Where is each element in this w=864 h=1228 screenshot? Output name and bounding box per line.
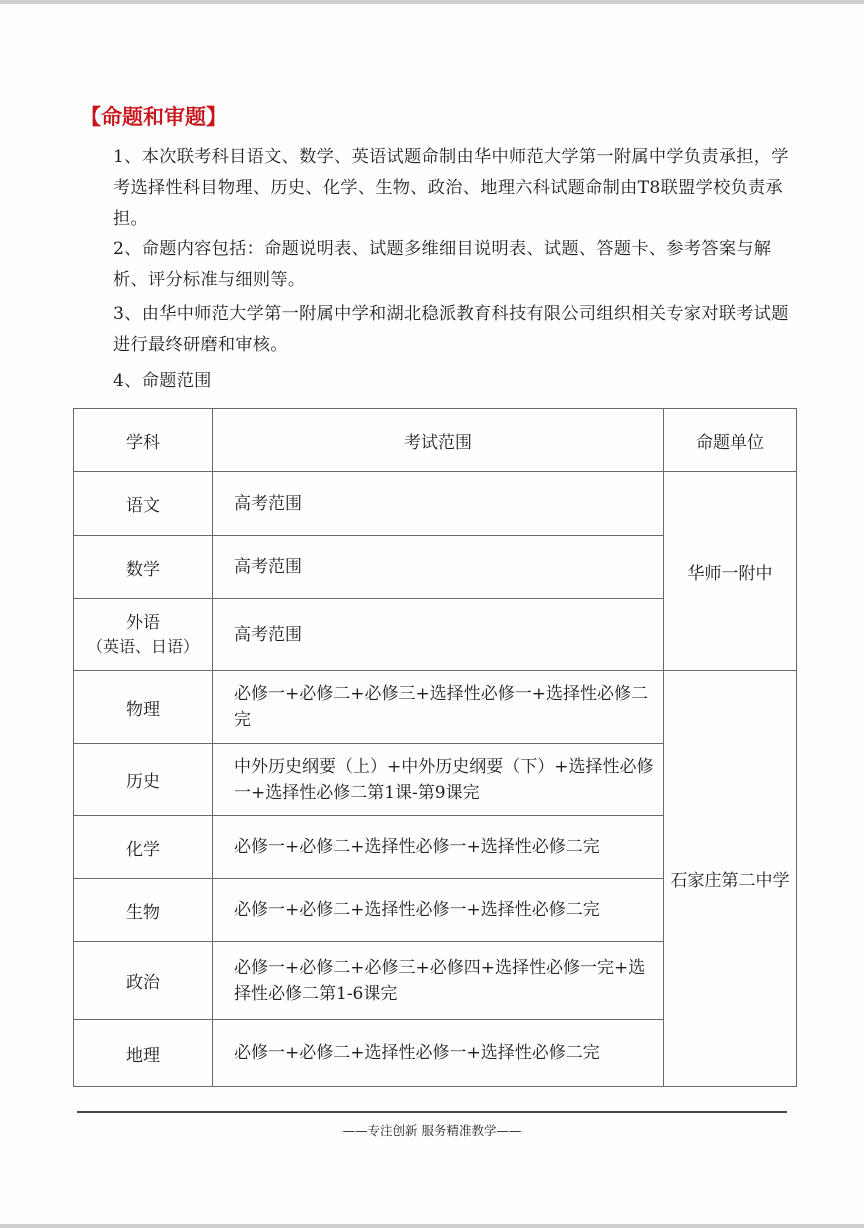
subject-cell: 生物	[74, 879, 213, 942]
section-heading: 【命题和审题】	[80, 101, 227, 131]
scope-cell: 必修一+必修二+必修三+必修四+选择性必修一完+选择性必修二第1-6课完	[213, 942, 664, 1020]
header-subject: 学科	[74, 409, 213, 472]
footer-slogan: ——专注创新 服务精准教学——	[0, 1121, 864, 1139]
subject-cell: 物理	[74, 671, 213, 744]
subject-cell: 地理	[74, 1020, 213, 1087]
subject-name: 外语	[74, 611, 212, 635]
footer-divider	[77, 1111, 787, 1113]
subject-cell: 化学	[74, 816, 213, 879]
paragraph-3: 3、由华中师范大学第一附属中学和湖北稳派教育科技有限公司组织相关专家对联考试题进…	[113, 299, 793, 361]
exam-scope-table: 学科 考试范围 命题单位 语文 高考范围 华师一附中 数学 高考范围 外语 （英…	[73, 408, 797, 1087]
scope-cell: 必修一+必修二+必修三+选择性必修一+选择性必修二完	[213, 671, 664, 744]
subject-cell: 政治	[74, 942, 213, 1020]
table-row: 物理 必修一+必修二+必修三+选择性必修一+选择性必修二完 石家庄第二中学	[74, 671, 797, 744]
table-header-row: 学科 考试范围 命题单位	[74, 409, 797, 472]
scope-cell: 高考范围	[213, 599, 664, 671]
scope-cell: 中外历史纲要（上）+中外历史纲要（下）+选择性必修一+选择性必修二第1课-第9课…	[213, 744, 664, 816]
subject-cell: 外语 （英语、日语）	[74, 599, 213, 671]
unit-cell: 华师一附中	[664, 472, 797, 671]
subject-cell: 数学	[74, 536, 213, 599]
subject-cell: 语文	[74, 472, 213, 536]
paragraph-2: 2、命题内容包括：命题说明表、试题多维细目说明表、试题、答题卡、参考答案与解析、…	[113, 234, 793, 296]
scope-cell: 必修一+必修二+选择性必修一+选择性必修二完	[213, 1020, 664, 1087]
scope-cell: 高考范围	[213, 472, 664, 536]
scope-cell: 高考范围	[213, 536, 664, 599]
top-edge	[0, 0, 864, 4]
bottom-edge	[0, 1224, 864, 1228]
table-row: 语文 高考范围 华师一附中	[74, 472, 797, 536]
unit-cell: 石家庄第二中学	[664, 671, 797, 1087]
subject-note: （英语、日语）	[74, 635, 212, 659]
paragraph-1: 1、本次联考科目语文、数学、英语试题命制由华中师范大学第一附属中学负责承担，学考…	[113, 142, 793, 235]
paragraph-4: 4、命题范围	[113, 366, 793, 397]
scope-cell: 必修一+必修二+选择性必修一+选择性必修二完	[213, 816, 664, 879]
header-unit: 命题单位	[664, 409, 797, 472]
scope-cell: 必修一+必修二+选择性必修一+选择性必修二完	[213, 879, 664, 942]
header-scope: 考试范围	[213, 409, 664, 472]
subject-cell: 历史	[74, 744, 213, 816]
